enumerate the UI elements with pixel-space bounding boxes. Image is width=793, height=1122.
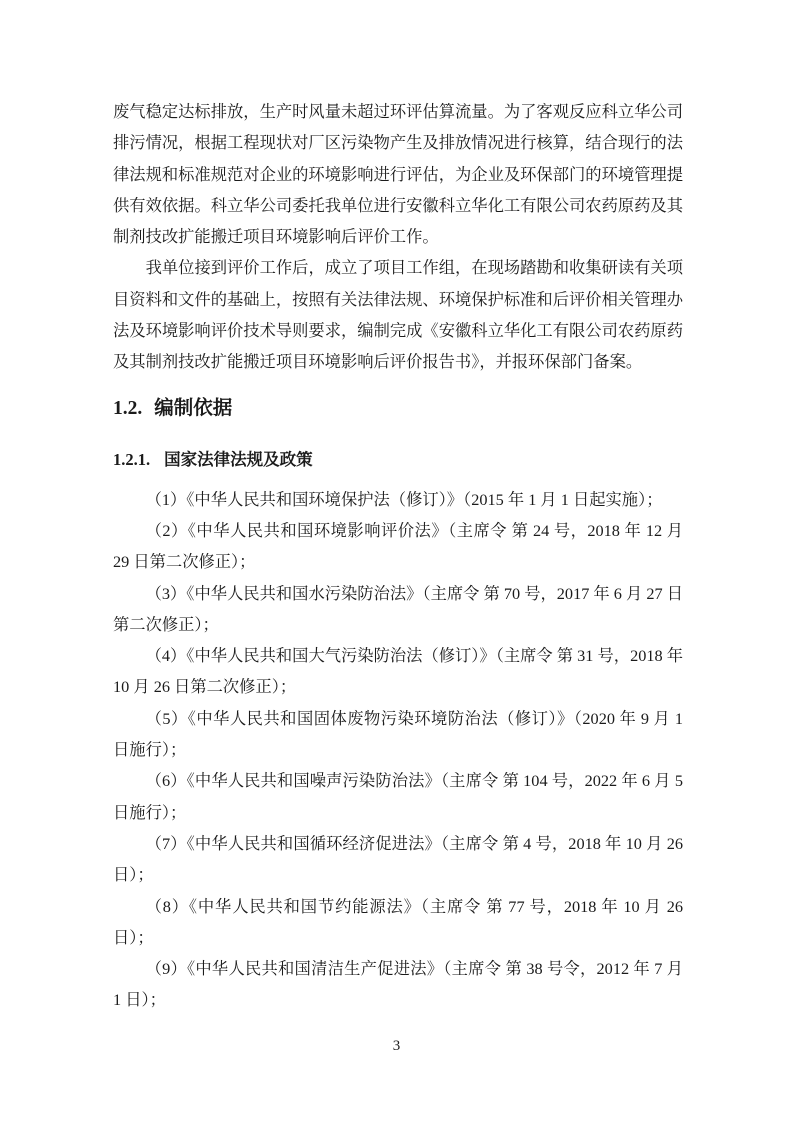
document-page: 废气稳定达标排放，生产时风量未超过环评估算流量。为了客观反应科立华公司排污情况，… — [0, 0, 793, 1122]
section-number: 1.2. — [113, 398, 142, 419]
list-item: （8）《中华人民共和国节约能源法》（主席令 第 77 号，2018 年 10 月… — [113, 891, 683, 954]
list-item: （1）《中华人民共和国环境保护法（修订）》（2015 年 1 月 1 日起实施）… — [113, 484, 683, 515]
page-content: 废气稳定达标排放，生产时风量未超过环评估算流量。为了客观反应科立华公司排污情况，… — [113, 96, 683, 1016]
list-item: （7）《中华人民共和国循环经济促进法》（主席令 第 4 号，2018 年 10 … — [113, 828, 683, 891]
page-number: 3 — [0, 1036, 793, 1056]
list-item: （5）《中华人民共和国固体废物污染环境防治法（修订）》（2020 年 9 月 1… — [113, 703, 683, 766]
list-item: （2）《中华人民共和国环境影响评价法》（主席令 第 24 号，2018 年 12… — [113, 515, 683, 578]
list-item: （6）《中华人民共和国噪声污染防治法》（主席令 第 104 号，2022 年 6… — [113, 765, 683, 828]
subsection-title: 国家法律法规及政策 — [164, 450, 313, 469]
section-title: 编制依据 — [154, 398, 232, 419]
legal-reference-list: （1）《中华人民共和国环境保护法（修订）》（2015 年 1 月 1 日起实施）… — [113, 484, 683, 1016]
body-paragraph: 我单位接到评价工作后，成立了项目工作组，在现场踏勘和收集研读有关项目资料和文件的… — [113, 252, 683, 377]
section-heading: 1.2.编制依据 — [113, 395, 683, 422]
list-item: （9）《中华人民共和国清洁生产促进法》（主席令 第 38 号令，2012 年 7… — [113, 953, 683, 1016]
list-item: （4）《中华人民共和国大气污染防治法（修订）》（主席令 第 31 号，2018 … — [113, 640, 683, 703]
body-paragraph: 废气稳定达标排放，生产时风量未超过环评估算流量。为了客观反应科立华公司排污情况，… — [113, 96, 683, 252]
subsection-number: 1.2.1. — [113, 450, 150, 469]
subsection-heading: 1.2.1.国家法律法规及政策 — [113, 448, 683, 472]
list-item: （3）《中华人民共和国水污染防治法》（主席令 第 70 号，2017 年 6 月… — [113, 578, 683, 641]
